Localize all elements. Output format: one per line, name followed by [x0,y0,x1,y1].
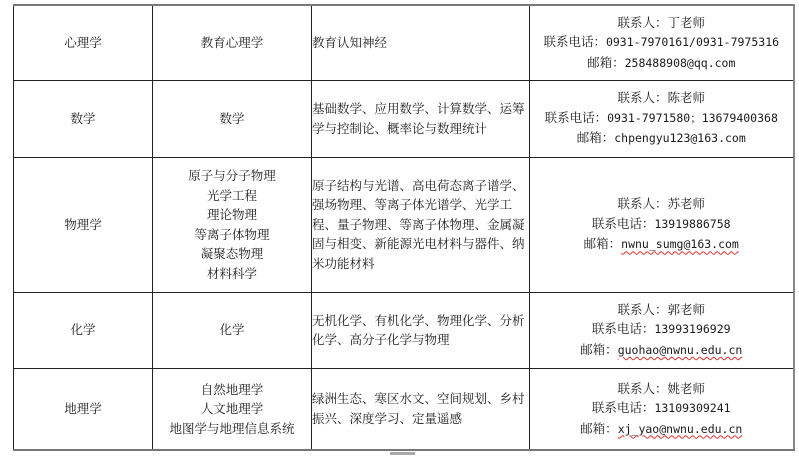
discipline-cell: 物理学 [14,157,153,292]
research-areas: 绿洲生态、寒区水文、空间规划、乡村振兴、深度学习、定量遥感 [312,391,525,426]
sub-discipline: 化学 [153,320,311,340]
table-row: 数学 数学 基础数学、应用数学、计算数学、运筹学与控制论、概率论与数理统计 联系… [14,80,794,157]
sub-discipline: 人文地理学 [153,399,311,419]
research-areas: 基础数学、应用数学、计算数学、运筹学与控制论、概率论与数理统计 [312,101,525,136]
research-areas-cell: 原子结构与光谱、高电荷态离子谱学、强场物理、等离子体光谱学、光学工程、量子物理、… [312,157,530,292]
contact-person-label: 联系人： [617,196,667,211]
contact-person-name: 苏老师 [668,196,706,211]
contact-person-label: 联系人： [617,15,667,30]
contact-phone: 联系电话：13109309241 [530,398,793,419]
sub-discipline-cell: 数学 [153,80,312,157]
contact-email-link[interactable]: xj_yao@nwnu.edu.cn [618,422,743,436]
contact-email-label: 邮箱： [577,130,615,145]
page-scroll-marker [390,452,415,455]
sub-discipline: 光学工程 [153,186,311,206]
discipline-name: 数学 [70,111,95,126]
discipline-cell: 心理学 [14,5,153,80]
contact-phone: 联系电话：13919886758 [530,214,793,235]
contact-person: 联系人：郭老师 [530,300,793,320]
contact-cell: 联系人：丁老师 联系电话：0931-7970161/0931-7975316 邮… [530,5,794,80]
contact-email-link[interactable]: 258488908@qq.com [625,56,736,70]
contact-phone-value: 0931-7970161/0931-7975316 [606,35,779,49]
contact-person: 联系人：苏老师 [530,194,793,214]
sub-discipline: 凝聚态物理 [153,244,311,264]
contact-email: 邮箱：guohao@nwnu.edu.cn [530,340,793,361]
research-areas-cell: 绿洲生态、寒区水文、空间规划、乡村振兴、深度学习、定量遥感 [312,368,530,450]
contact-phone-value: 13919886758 [654,217,730,231]
contact-phone-label: 联系电话： [592,216,655,231]
contact-phone-label: 联系电话： [543,34,606,49]
research-areas-cell: 无机化学、有机化学、物理化学、分析化学、高分子化学与物理 [312,292,530,368]
contact-phone: 联系电话：0931-7971580；13679400368 [530,108,793,129]
contact-email-label: 邮箱： [587,55,625,70]
discipline-name: 化学 [70,322,95,337]
discipline-name: 地理学 [64,401,102,416]
sub-discipline: 材料科学 [153,264,311,284]
contact-phone-value: 13993196929 [654,322,730,336]
discipline-cell: 化学 [14,292,153,368]
sub-discipline-cell: 化学 [153,292,312,368]
discipline-name: 物理学 [64,217,102,232]
table-row: 物理学 原子与分子物理 光学工程 理论物理 等离子体物理 凝聚态物理 材料科学 … [14,157,794,292]
discipline-cell: 地理学 [14,368,153,450]
contact-cell: 联系人：姚老师 联系电话：13109309241 邮箱：xj_yao@nwnu.… [530,368,794,450]
contact-phone-label: 联系电话： [545,110,608,125]
sub-discipline-cell: 教育心理学 [153,5,312,80]
sub-discipline: 地图学与地理信息系统 [153,419,311,439]
contact-cell: 联系人：郭老师 联系电话：13993196929 邮箱：guohao@nwnu.… [530,292,794,368]
research-areas: 教育认知神经 [312,35,387,50]
contact-phone-label: 联系电话： [592,321,655,336]
contact-person-label: 联系人： [617,302,667,317]
contact-phone-value: 0931-7971580；13679400368 [607,111,778,125]
discipline-name: 心理学 [64,35,102,50]
sub-discipline: 自然地理学 [153,380,311,400]
contact-person: 联系人：陈老师 [530,88,793,108]
discipline-cell: 数学 [14,80,153,157]
contact-email: 邮箱：chpengyu123@163.com [530,128,793,149]
contact-email-link[interactable]: guohao@nwnu.edu.cn [618,343,743,357]
contact-email-label: 邮箱： [580,342,618,357]
contact-email-label: 邮箱： [580,421,618,436]
contact-person: 联系人：丁老师 [530,13,793,33]
contact-cell: 联系人：陈老师 联系电话：0931-7971580；13679400368 邮箱… [530,80,794,157]
contact-email-link[interactable]: nwnu_sumg@163.com [621,237,739,251]
contact-email: 邮箱：xj_yao@nwnu.edu.cn [530,419,793,440]
table-row: 地理学 自然地理学 人文地理学 地图学与地理信息系统 绿洲生态、寒区水文、空间规… [14,368,794,450]
contact-person-name: 丁老师 [668,15,706,30]
sub-discipline: 理论物理 [153,205,311,225]
contact-phone: 联系电话：13993196929 [530,319,793,340]
contact-email-label: 邮箱： [584,236,622,251]
contact-person-label: 联系人： [617,90,667,105]
contact-person-label: 联系人： [617,381,667,396]
contact-email-link[interactable]: chpengyu123@163.com [614,131,746,145]
research-areas-cell: 教育认知神经 [312,5,530,80]
contact-person: 联系人：姚老师 [530,379,793,399]
contact-phone-value: 13109309241 [654,401,730,415]
sub-discipline-cell: 自然地理学 人文地理学 地图学与地理信息系统 [153,368,312,450]
sub-discipline: 数学 [153,109,311,129]
contact-cell: 联系人：苏老师 联系电话：13919886758 邮箱：nwnu_sumg@16… [530,157,794,292]
research-areas: 无机化学、有机化学、物理化学、分析化学、高分子化学与物理 [312,313,525,348]
contact-person-name: 陈老师 [668,90,706,105]
research-areas-cell: 基础数学、应用数学、计算数学、运筹学与控制论、概率论与数理统计 [312,80,530,157]
contact-person-name: 郭老师 [668,302,706,317]
sub-discipline: 原子与分子物理 [153,166,311,186]
contact-email: 邮箱：258488908@qq.com [530,53,793,74]
contact-phone-label: 联系电话： [592,400,655,415]
contact-email: 邮箱：nwnu_sumg@163.com [530,234,793,255]
research-areas: 原子结构与光谱、高电荷态离子谱学、强场物理、等离子体光谱学、光学工程、量子物理、… [312,178,525,271]
sub-discipline: 等离子体物理 [153,225,311,245]
discipline-contact-table: 心理学 教育心理学 教育认知神经 联系人：丁老师 联系电话：0931-79701… [13,4,795,451]
sub-discipline: 教育心理学 [153,33,311,53]
contact-person-name: 姚老师 [668,381,706,396]
table-row: 化学 化学 无机化学、有机化学、物理化学、分析化学、高分子化学与物理 联系人：郭… [14,292,794,368]
table-row: 心理学 教育心理学 教育认知神经 联系人：丁老师 联系电话：0931-79701… [14,5,794,80]
sub-discipline-cell: 原子与分子物理 光学工程 理论物理 等离子体物理 凝聚态物理 材料科学 [153,157,312,292]
contact-phone: 联系电话：0931-7970161/0931-7975316 [530,32,793,53]
